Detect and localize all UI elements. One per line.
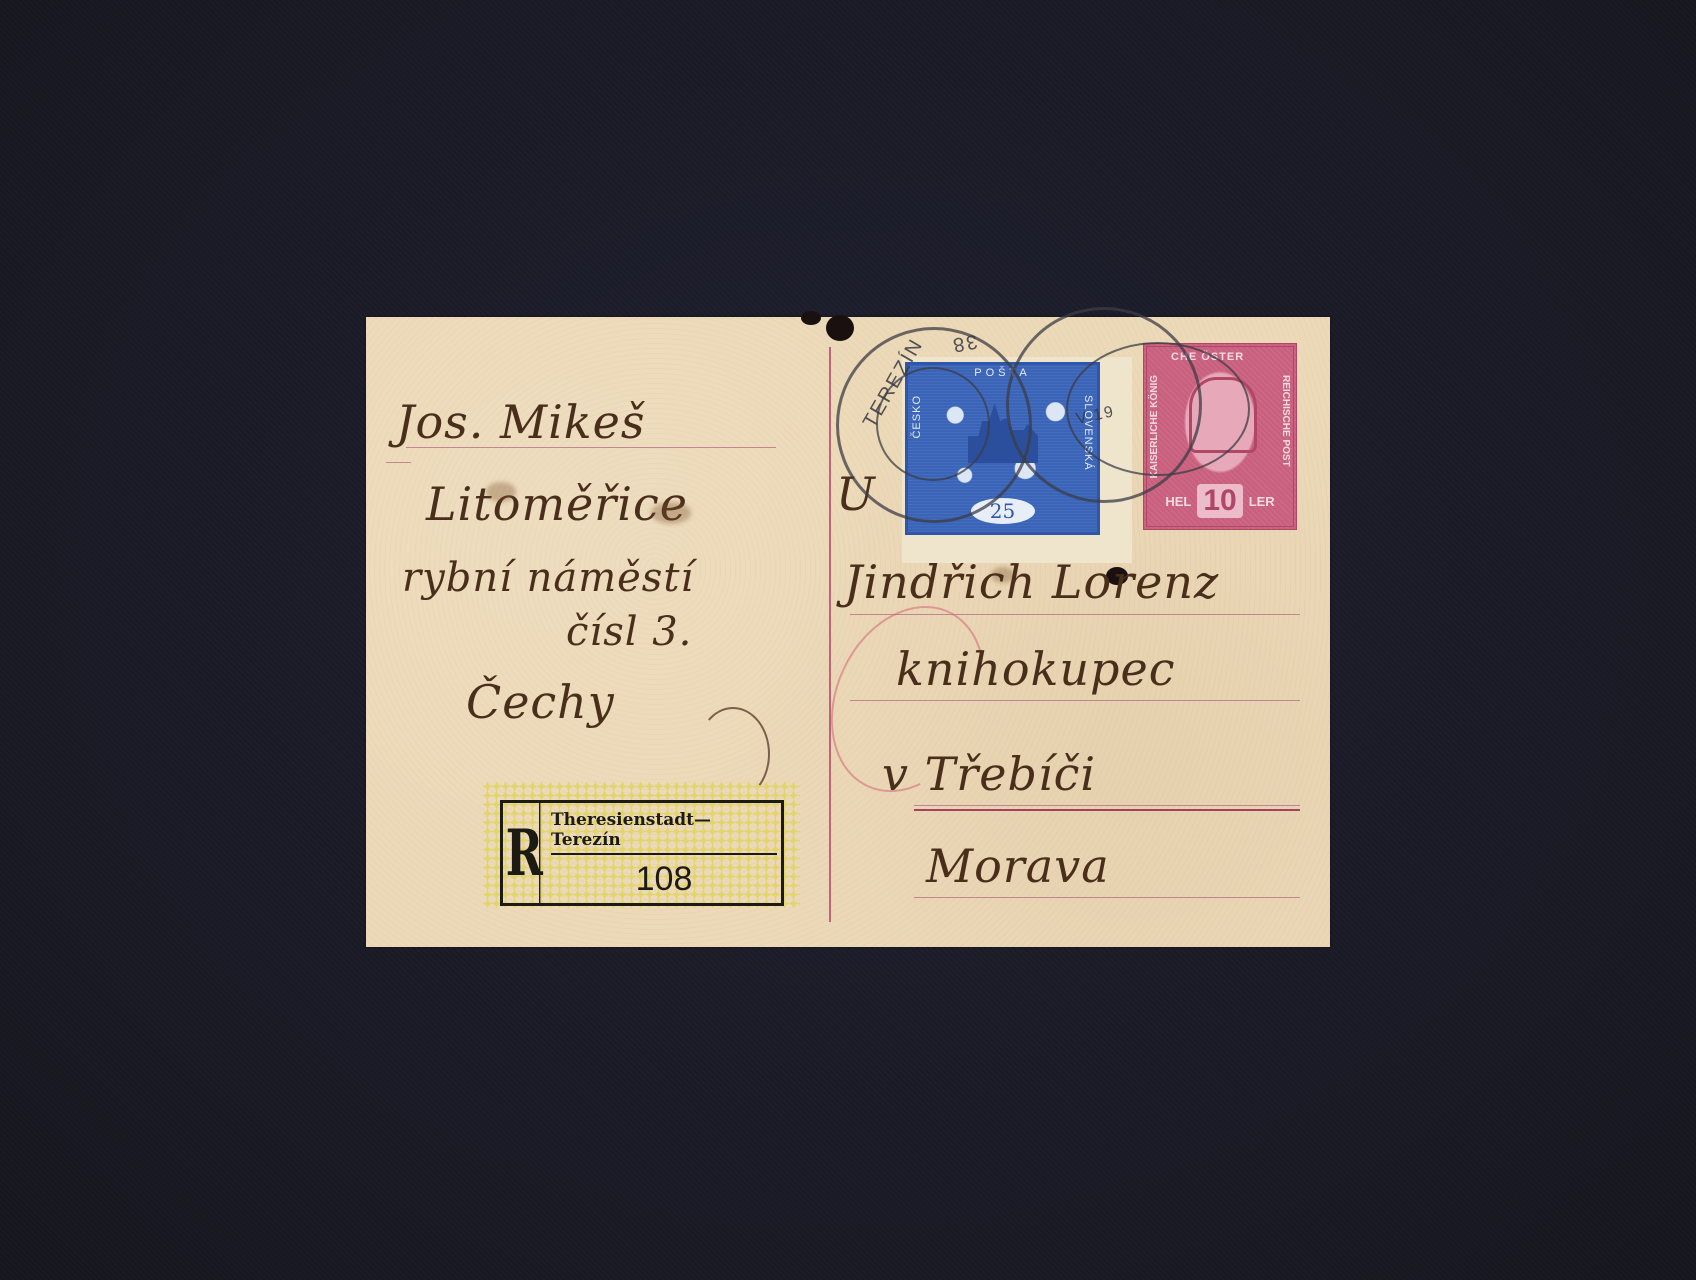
sender-street: rybní náměstí [402, 555, 694, 601]
ink-stain [486, 482, 516, 502]
recipient-rule-4 [914, 897, 1300, 898]
postmark-code: 38 [949, 329, 979, 356]
ink-blot [801, 311, 821, 325]
address-divider [829, 347, 831, 922]
sender-city: Litoměřice [426, 477, 688, 531]
austrian-stamp-denomination: HEL 10 LER [1147, 484, 1293, 518]
registration-letter: R [510, 803, 541, 903]
recipient-occupation: knihokupec [896, 642, 1175, 696]
ink-blot [826, 315, 854, 341]
registration-label-frame: R Theresienstadt—Terezín 108 [500, 800, 784, 906]
austrian-stamp-right-text: REICHISCHE POST [1280, 375, 1291, 467]
recipient-region: Morava [926, 839, 1110, 893]
sender-name: Jos. Mikeš [396, 395, 646, 449]
currency-left: HEL [1165, 494, 1191, 509]
registration-office: Theresienstadt—Terezín [551, 807, 777, 855]
currency-right: LER [1249, 494, 1275, 509]
rule-stub [386, 462, 411, 463]
postcard: Jos. Mikeš Litoměřice rybní náměstí čísl… [366, 317, 1330, 947]
recipient-rule-3 [914, 805, 1300, 806]
recipient-name: Jindřich Lorenz [844, 555, 1219, 609]
recipient-rule-3b [914, 809, 1300, 811]
austrian-stamp-value: 10 [1197, 484, 1242, 518]
recipient-city: v Třebíči [882, 747, 1096, 801]
sender-country: Čechy [466, 675, 615, 729]
ink-stain [651, 502, 691, 524]
sender-number: čísl 3. [566, 609, 692, 655]
registration-number: 108 [551, 855, 777, 903]
